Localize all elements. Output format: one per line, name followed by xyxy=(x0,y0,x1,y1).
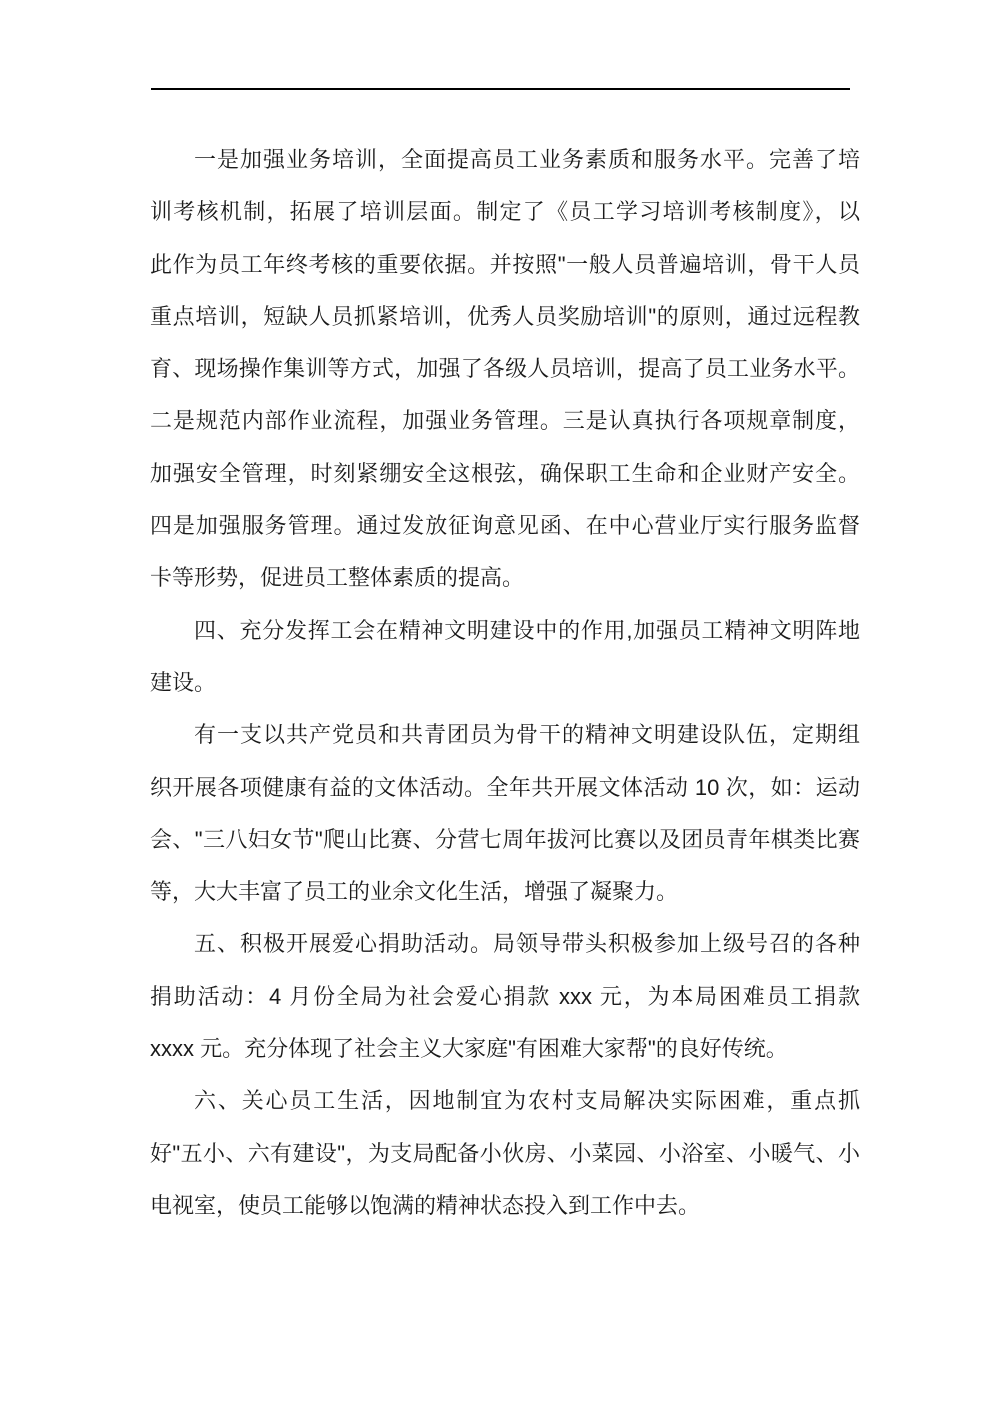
text-line: 建设。 xyxy=(150,657,860,709)
text-line: 等，大大丰富了员工的业余文化生活，增强了凝聚力。 xyxy=(150,866,860,918)
text-line: 有一支以共产党员和共青团员为骨干的精神文明建设队伍，定期组 xyxy=(150,709,860,761)
text-line: 会、"三八妇女节"爬山比赛、分营七周年拔河比赛以及团员青年棋类比赛 xyxy=(150,814,860,866)
text-line: 二是规范内部作业流程，加强业务管理。三是认真执行各项规章制度， xyxy=(150,395,860,447)
text-line: 训考核机制，拓展了培训层面。制定了《员工学习培训考核制度》，以 xyxy=(150,186,860,238)
header-rule xyxy=(151,88,850,90)
text-line: 卡等形势，促进员工整体素质的提高。 xyxy=(150,552,860,604)
text-line: 一是加强业务培训，全面提高员工业务素质和服务水平。完善了培 xyxy=(150,134,860,186)
text-line: 五、积极开展爱心捐助活动。局领导带头积极参加上级号召的各种 xyxy=(150,918,860,970)
text-line: 加强安全管理，时刻紧绷安全这根弦，确保职工生命和企业财产安全。 xyxy=(150,448,860,500)
text-line: 此作为员工年终考核的重要依据。并按照"一般人员普遍培训，骨干人员 xyxy=(150,239,860,291)
text-line: 六、关心员工生活，因地制宜为农村支局解决实际困难，重点抓 xyxy=(150,1075,860,1127)
text-line: 好"五小、六有建设"，为支局配备小伙房、小菜园、小浴室、小暖气、小 xyxy=(150,1128,860,1180)
text-line: xxxx 元。充分体现了社会主义大家庭"有困难大家帮"的良好传统。 xyxy=(150,1023,860,1075)
text-line: 四是加强服务管理。通过发放征询意见函、在中心营业厅实行服务监督 xyxy=(150,500,860,552)
text-line: 四、充分发挥工会在精神文明建设中的作用,加强员工精神文明阵地 xyxy=(150,605,860,657)
document-page: 一是加强业务培训，全面提高员工业务素质和服务水平。完善了培 训考核机制，拓展了培… xyxy=(0,0,1000,1415)
text-line: 重点培训，短缺人员抓紧培训，优秀人员奖励培训"的原则，通过远程教 xyxy=(150,291,860,343)
text-line: 育、现场操作集训等方式，加强了各级人员培训，提高了员工业务水平。 xyxy=(150,343,860,395)
document-body: 一是加强业务培训，全面提高员工业务素质和服务水平。完善了培 训考核机制，拓展了培… xyxy=(150,134,860,1232)
text-line: 电视室，使员工能够以饱满的精神状态投入到工作中去。 xyxy=(150,1180,860,1232)
text-line: 织开展各项健康有益的文体活动。全年共开展文体活动 10 次，如：运动 xyxy=(150,762,860,814)
text-line: 捐助活动：4 月份全局为社会爱心捐款 xxx 元，为本局困难员工捐款 xyxy=(150,971,860,1023)
